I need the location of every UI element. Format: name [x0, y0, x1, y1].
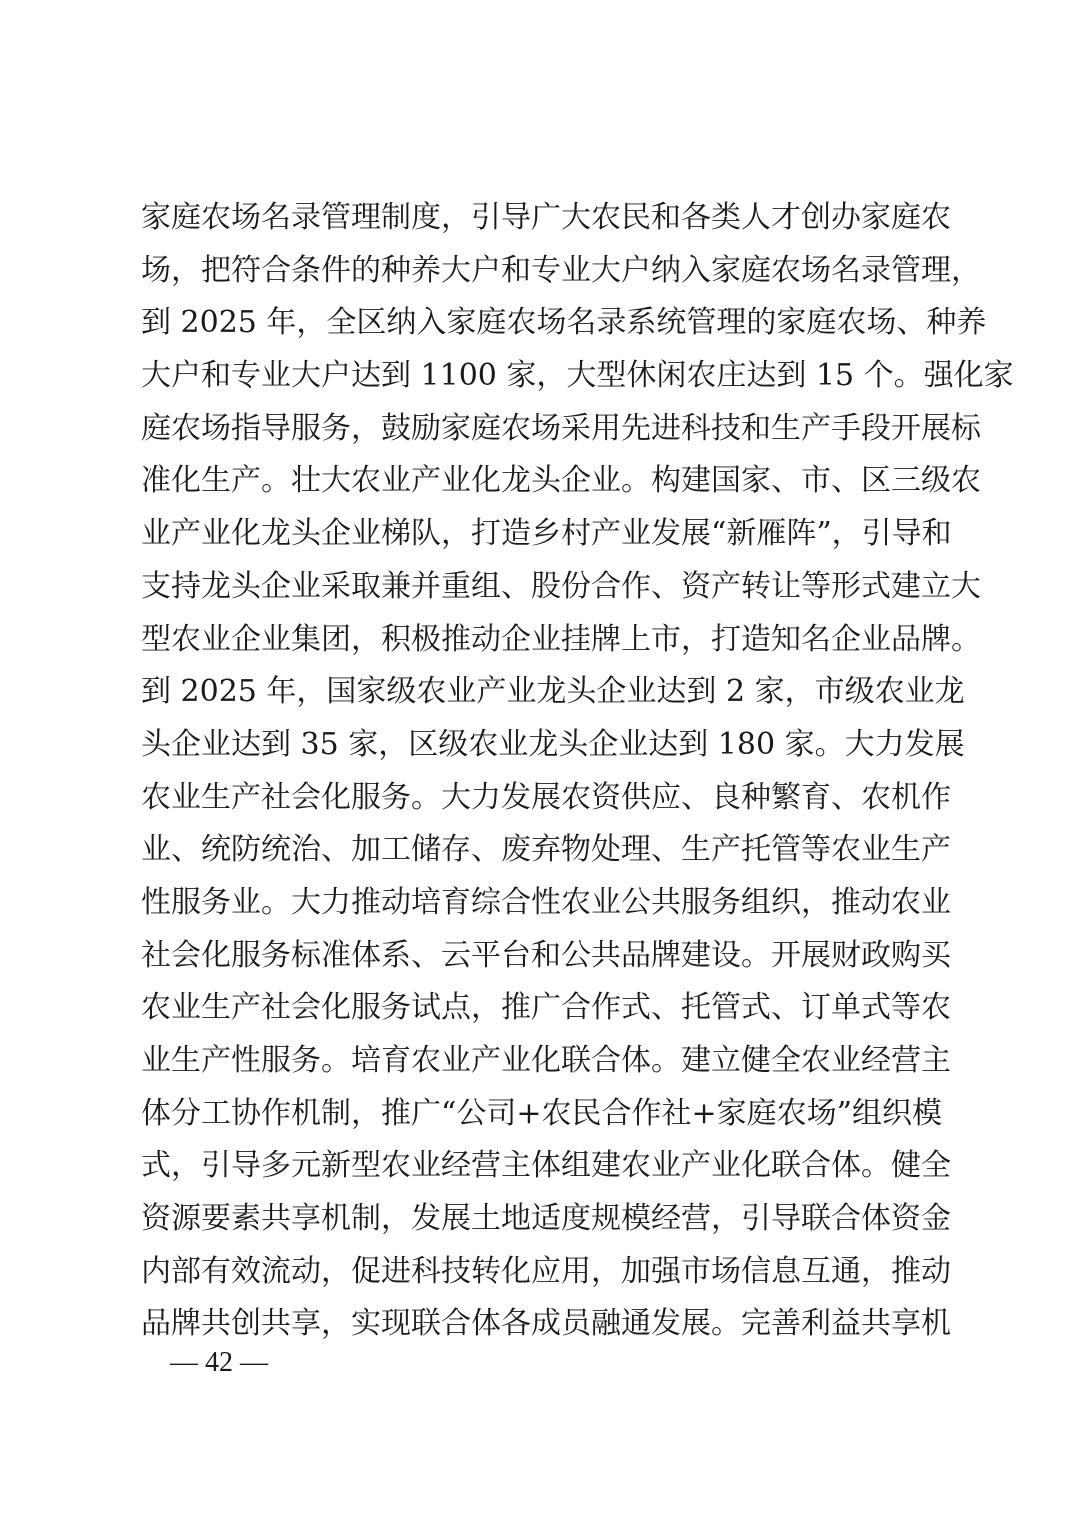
text-line: 场，把符合条件的种养大户和专业大户纳入家庭农场名录管理，	[141, 245, 941, 298]
text-line: 到 2025 年，国家级农业产业龙头企业达到 2 家，市级农业龙	[141, 666, 941, 719]
text-line: 庭农场指导服务，鼓励家庭农场采用先进科技和生产手段开展标	[141, 403, 941, 456]
text-line: 业产业化龙头企业梯队，打造乡村产业发展“新雁阵”，引导和	[141, 508, 941, 561]
body-paragraph: 家庭农场名录管理制度，引导广大农民和各类人才创办家庭农 场，把符合条件的种养大户…	[141, 192, 941, 1351]
document-page: 家庭农场名录管理制度，引导广大农民和各类人才创办家庭农 场，把符合条件的种养大户…	[0, 0, 1074, 1520]
text-line: 农业生产社会化服务试点，推广合作式、托管式、订单式等农	[141, 982, 941, 1035]
text-line: 准化生产。壮大农业产业化龙头企业。构建国家、市、区三级农	[141, 455, 941, 508]
text-line: 型农业企业集团，积极推动企业挂牌上市，打造知名企业品牌。	[141, 614, 941, 667]
text-line: 式，引导多元新型农业经营主体组建农业产业化联合体。健全	[141, 1140, 941, 1193]
text-line: 社会化服务标准体系、云平台和公共品牌建设。开展财政购买	[141, 930, 941, 983]
text-line: 业生产性服务。培育农业产业化联合体。建立健全农业经营主	[141, 1035, 941, 1088]
text-line: 家庭农场名录管理制度，引导广大农民和各类人才创办家庭农	[141, 192, 941, 245]
text-line: 内部有效流动，促进科技转化应用，加强市场信息互通，推动	[141, 1246, 941, 1299]
text-line: 资源要素共享机制，发展土地适度规模经营，引导联合体资金	[141, 1193, 941, 1246]
text-line: 性服务业。大力推动培育综合性农业公共服务组织，推动农业	[141, 877, 941, 930]
page-number: — 42 —	[170, 1343, 268, 1383]
text-line: 农业生产社会化服务。大力发展农资供应、良种繁育、农机作	[141, 772, 941, 825]
text-line: 大户和专业大户达到 1100 家，大型休闲农庄达到 15 个。强化家	[141, 350, 941, 403]
text-line: 体分工协作机制，推广“公司+农民合作社+家庭农场”组织模	[141, 1088, 941, 1141]
text-line: 支持龙头企业采取兼并重组、股份合作、资产转让等形式建立大	[141, 561, 941, 614]
text-line: 业、统防统治、加工储存、废弃物处理、生产托管等农业生产	[141, 824, 941, 877]
text-line: 到 2025 年，全区纳入家庭农场名录系统管理的家庭农场、种养	[141, 297, 941, 350]
text-line: 头企业达到 35 家，区级农业龙头企业达到 180 家。大力发展	[141, 719, 941, 772]
